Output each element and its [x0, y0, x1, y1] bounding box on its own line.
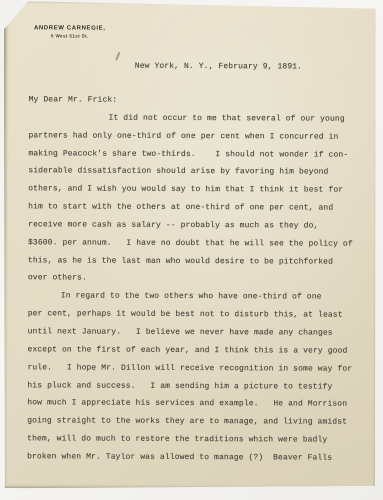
body-line: except on the first of each year, and I … — [28, 341, 358, 360]
body-line: per cent, perhaps it would be best not t… — [28, 305, 358, 324]
letterhead-name: ANDREW CARNEGIE, — [34, 25, 106, 31]
letter-paper: ANDREW CARNEGIE, 5 West 51st St. New Yor… — [2, 1, 377, 490]
pencil-mark — [115, 52, 120, 61]
body-line: his pluck and success. I am sending him … — [27, 377, 357, 396]
letter-scan: ANDREW CARNEGIE, 5 West 51st St. New Yor… — [0, 0, 383, 500]
body-line: until next January. I believe we never h… — [28, 323, 358, 342]
letterhead-address: 5 West 51st St. — [34, 33, 106, 38]
body-line: making Peacock's share two-thirds. I sho… — [28, 145, 358, 164]
body-line: broken when Mr. Taylor was allowed to ma… — [27, 448, 357, 467]
letter-body: My Dear Mr. Frick: It did not occur to m… — [27, 91, 359, 467]
body-line: rule. I hope Mr. Dillon will receive rec… — [27, 359, 357, 378]
body-line: them, will do much to restore the tradit… — [27, 430, 357, 449]
letterhead: ANDREW CARNEGIE, 5 West 51st St. — [34, 25, 106, 38]
body-line: partners had only one-third of one per c… — [28, 127, 358, 146]
salutation: My Dear Mr. Frick: — [29, 91, 359, 110]
body-line: siderable dissatisfaction should arise b… — [28, 163, 358, 182]
body-line: him to start with the others at one-thir… — [28, 198, 358, 217]
body-line: $3600. per annum. I have no doubt that h… — [28, 234, 358, 253]
body-line: In regard to the two others who have one… — [28, 288, 358, 307]
body-line: this, as he is the last man who would de… — [28, 252, 358, 271]
body-line: how much I appreciate his services and e… — [27, 395, 357, 414]
dateline: New York, N. Y., February 9, 1891. — [135, 62, 302, 72]
body-line: over others. — [28, 270, 358, 289]
body-line: It did not occur to me that several of o… — [29, 109, 359, 128]
body-line: going straight to the works they are to … — [27, 412, 357, 431]
body-line: others, and I wish you would say to him … — [28, 181, 358, 200]
body-line: receive more cash as salary -- probably … — [28, 216, 358, 235]
